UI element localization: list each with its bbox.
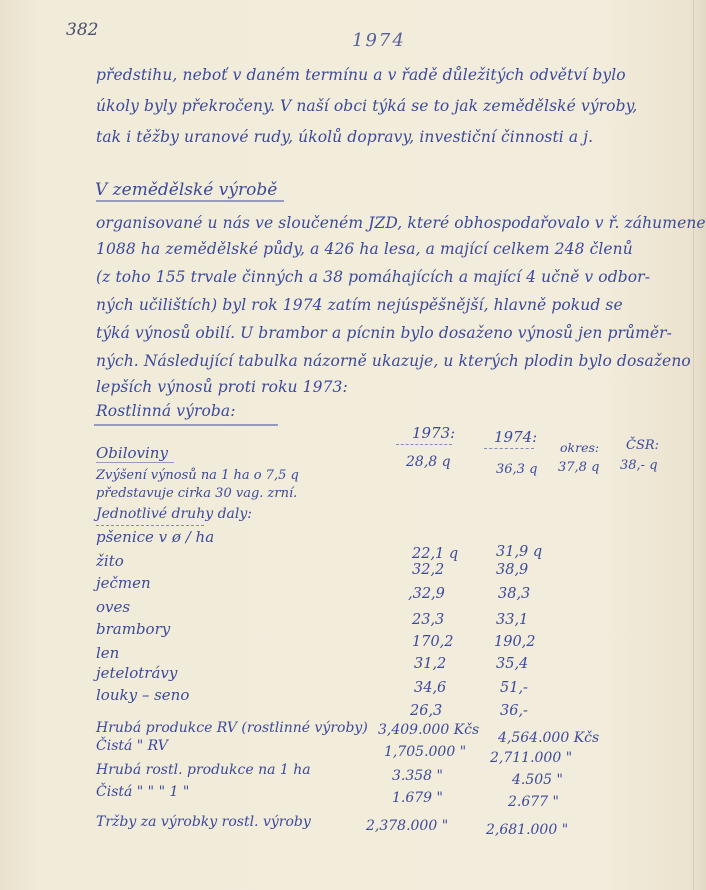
page-number: 382 [66, 20, 98, 40]
column-header-1973: 1973: [412, 424, 455, 442]
crop-label: ječmen [96, 574, 151, 592]
section-title-underline [96, 200, 284, 202]
crop-1973: 32,2 [412, 562, 444, 578]
financial-1973: 3,409.000 Kčs [378, 722, 479, 738]
intro-line: tak i těžby uranové rudy, úkolů dopravy,… [96, 128, 593, 146]
financial-1973: 2,378.000 " [366, 818, 448, 834]
table-heading-underline [94, 424, 278, 426]
financial-label: Hrubá produkce RV (rostlinné výroby) [96, 720, 368, 736]
financial-1974: 4,564.000 Kčs [498, 730, 599, 746]
crop-1973: 23,3 [412, 612, 444, 628]
financial-1974: 2,711.000 " [490, 750, 572, 766]
crop-1974: 36,- [500, 703, 528, 719]
obiloviny-1974: 36,3 q [496, 462, 537, 477]
obiloviny-underline [96, 462, 174, 463]
crop-1974: 33,1 [496, 612, 528, 628]
financial-label: Čistá " RV [96, 738, 168, 754]
financial-1973: 1.679 " [392, 790, 443, 806]
crop-1973: 34,6 [414, 680, 446, 696]
financial-label: Hrubá rostl. produkce na 1 ha [96, 762, 311, 778]
crop-label: jetelotrávy [96, 664, 177, 682]
chronicle-page: 382 1974 předstihu, neboť v daném termín… [0, 0, 706, 890]
column-header-csr: ČSR: [626, 438, 659, 453]
section-line: týká výnosů obilí. U brambor a pícnin by… [96, 324, 672, 342]
crop-1974: 35,4 [496, 656, 528, 672]
crop-label: žito [96, 552, 124, 570]
obiloviny-note: Zvýšení výnosů na 1 ha o 7,5 q [96, 468, 299, 483]
margin-line [693, 0, 694, 890]
obiloviny-okres: 37,8 q [558, 460, 599, 475]
crop-label: pšenice v ø / ha [96, 528, 214, 546]
crop-label: oves [96, 598, 130, 616]
crop-1974: 51,- [500, 680, 528, 696]
column-header-1974-underline [484, 448, 534, 449]
obiloviny-label: Obiloviny [96, 444, 168, 462]
crop-1973: 170,2 [412, 634, 454, 650]
section-line: ných učilištích) byl rok 1974 zatím nejú… [96, 296, 623, 314]
crop-1973: 22,1 q [412, 546, 458, 562]
crop-label: len [96, 644, 119, 662]
intro-line: předstihu, neboť v daném termínu a v řad… [96, 66, 626, 84]
financial-1974: 2,681.000 " [486, 822, 568, 838]
crop-1974: 38,3 [498, 586, 530, 602]
section-line: (z toho 155 trvale činných a 38 pomáhají… [96, 268, 650, 286]
crop-1974: 31,9 q [496, 544, 542, 560]
crop-label: louky – seno [96, 686, 189, 704]
section-line: 1088 ha zemědělské půdy, a 426 ha lesa, … [96, 240, 633, 258]
table-heading: Rostlinná výroba: [96, 402, 236, 420]
financial-1973: 3.358 " [392, 768, 443, 784]
section-line: organisované u nás ve sloučeném JZD, kte… [96, 214, 706, 232]
crop-1973: ,32,9 [408, 586, 445, 602]
financial-label: Tržby za výrobky rostl. výroby [96, 814, 311, 830]
crop-label: brambory [96, 620, 170, 638]
column-header-1974: 1974: [494, 428, 537, 446]
column-header-1973-underline [396, 444, 452, 445]
column-header-okres: okres: [560, 440, 599, 455]
financial-1974: 4.505 " [512, 772, 563, 788]
obiloviny-note: představuje cirka 30 vag. zrní. [96, 486, 297, 501]
financial-label: Čistá " " " 1 " [96, 784, 189, 800]
crop-1974: 38,9 [496, 562, 528, 578]
crop-1973: 31,2 [414, 656, 446, 672]
crops-subheading: Jednotlivé druhy daly: [96, 506, 252, 522]
obiloviny-csr: 38,- q [620, 458, 658, 473]
crops-subheading-underline [96, 525, 204, 526]
section-title: V zemědělské výrobě [95, 180, 277, 200]
section-line: ných. Následující tabulka názorně ukazuj… [96, 352, 691, 370]
section-line: lepších výnosů proti roku 1973: [96, 378, 348, 396]
financial-1974: 2.677 " [508, 794, 559, 810]
crop-1973: 26,3 [410, 703, 442, 719]
year-header: 1974 [352, 30, 406, 51]
financial-1973: 1,705.000 " [384, 744, 466, 760]
obiloviny-1973: 28,8 q [406, 454, 451, 470]
crop-1974: 190,2 [494, 634, 536, 650]
intro-line: úkoly byly překročeny. V naší obci týká … [96, 97, 637, 115]
